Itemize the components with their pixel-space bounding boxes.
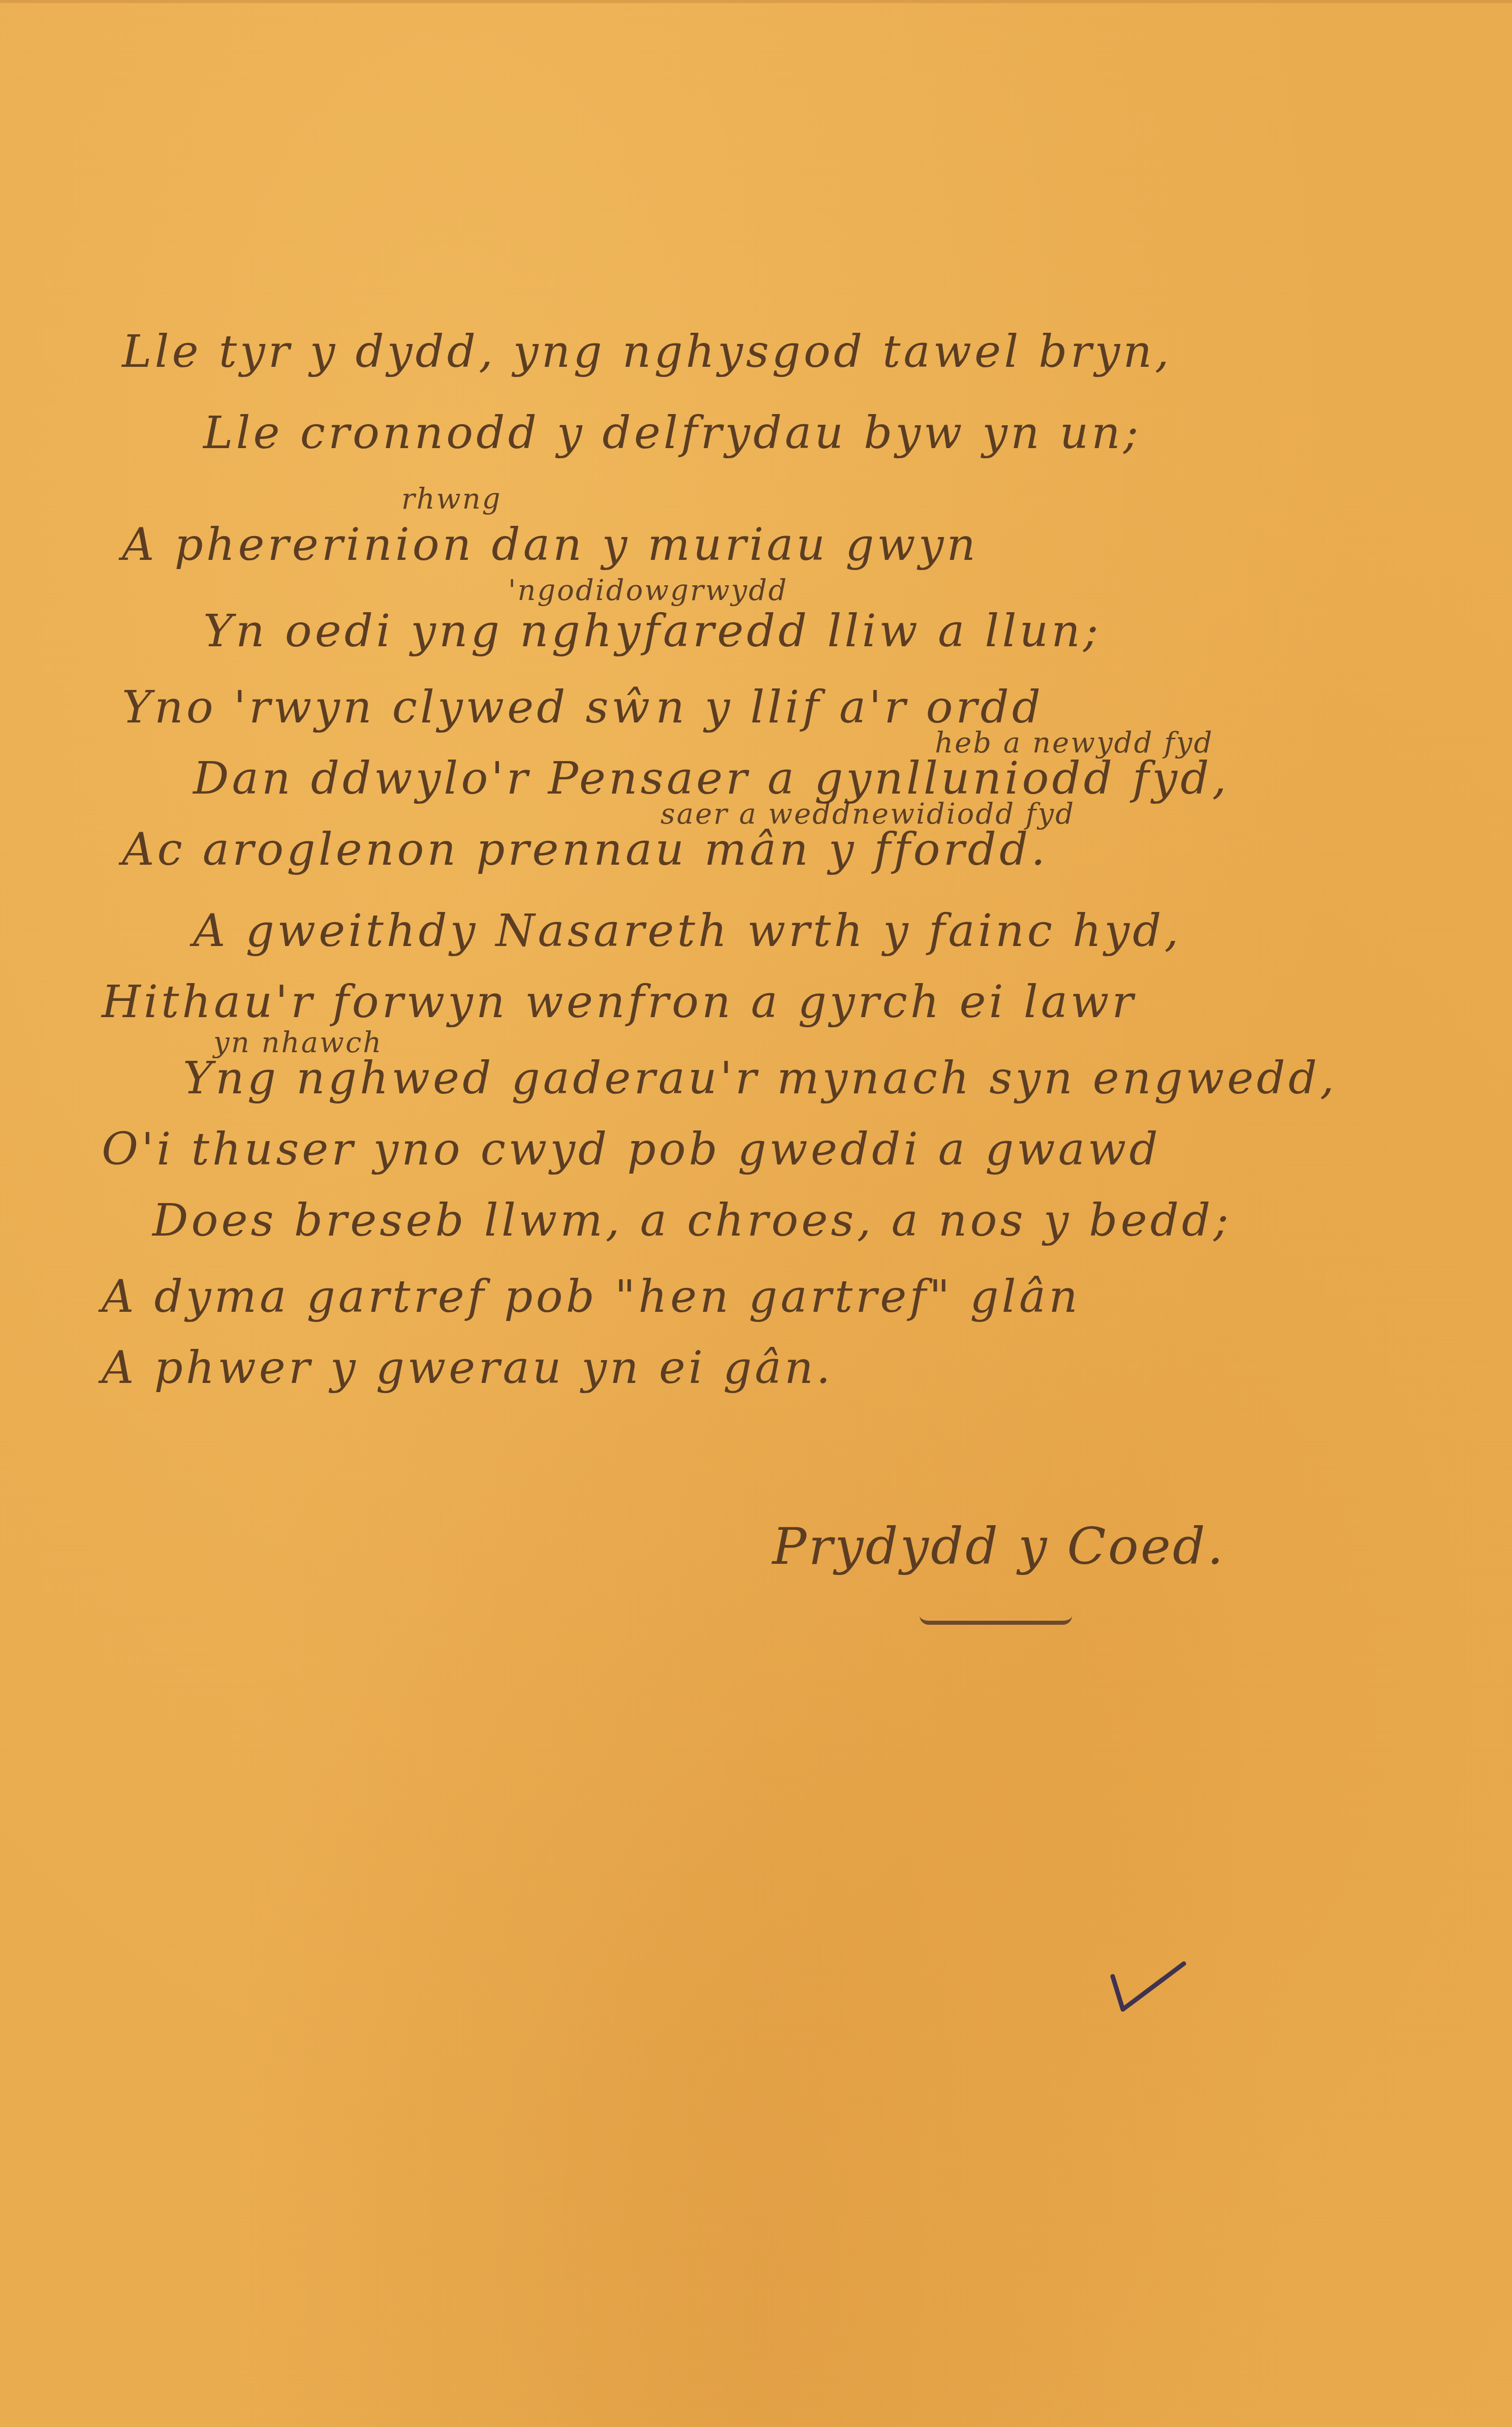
insertion-line-4: 'ngodidowgrwydd <box>508 574 788 607</box>
poem-line-8: A gweithdy Nasareth wrth y fainc hyd, <box>193 904 1182 957</box>
poem-line-11: O'i thuser yno cwyd pob gweddi a gwawd <box>102 1123 1161 1175</box>
poem-line-4: Yn oedi yng nghyfaredd lliw a llun; <box>203 605 1101 657</box>
poem-line-5: Yno 'rwyn clywed sŵn y llif a'r ordd <box>122 681 1044 733</box>
poem-line-1: Lle tyr y dydd, yng nghysgod tawel bryn, <box>122 325 1172 377</box>
poem-line-6: Dan ddwylo'r Pensaer a gynlluniodd fyd, <box>193 752 1230 804</box>
paper-edge <box>0 0 1512 3</box>
manuscript-page: Lle tyr y dydd, yng nghysgod tawel bryn,… <box>0 0 1512 2427</box>
poem-line-13: A dyma gartref pob "hen gartref" glân <box>102 1270 1081 1322</box>
insertion-line-3: rhwng <box>401 483 502 516</box>
poem-line-3: A phererinion dan y muriau gwyn <box>122 518 979 571</box>
check-icon <box>1108 1961 1189 2017</box>
signature: Prydydd y Coed. <box>772 1517 1225 1576</box>
poem-line-7: Ac aroglenon prennau mân y ffordd. <box>122 823 1048 875</box>
signature-underline <box>920 1616 1072 1625</box>
poem-line-9: Hithau'r forwyn wenfron a gyrch ei lawr <box>102 975 1137 1028</box>
poem-line-14: A phwer y gwerau yn ei gân. <box>102 1341 834 1394</box>
poem-line-12: Does breseb llwm, a chroes, a nos y bedd… <box>152 1194 1232 1246</box>
poem-line-2: Lle cronnodd y delfrydau byw yn un; <box>203 406 1142 459</box>
poem-line-10: Yng nghwed gaderau'r mynach syn engwedd, <box>183 1052 1337 1104</box>
